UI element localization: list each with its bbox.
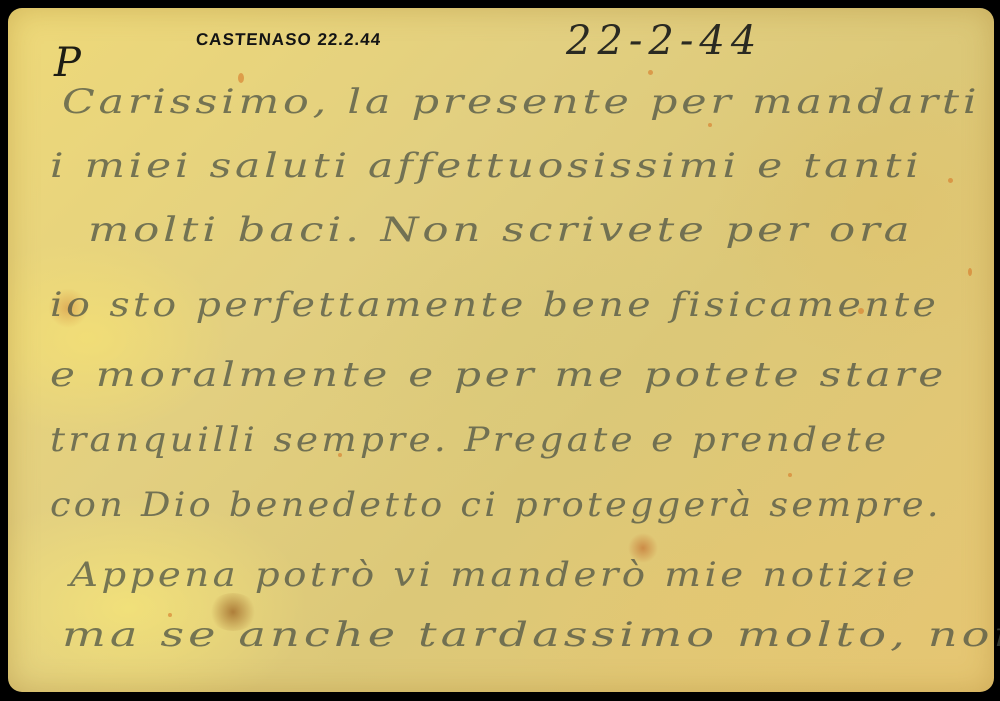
handwritten-line: molti baci. Non scrivete per ora xyxy=(88,210,913,250)
handwritten-line: tranquilli sempre. Pregate e prendete xyxy=(50,420,889,460)
handwritten-line: io sto perfettamente bene fisicamente xyxy=(50,285,939,325)
handwritten-line: con Dio benedetto ci proteggerà sempre. xyxy=(50,485,942,525)
handwritten-line: Carissimo, la presente per mandarti xyxy=(62,82,980,122)
margin-mark: P xyxy=(54,40,81,86)
handwritten-line: ma se anche tardassimo molto, non xyxy=(62,615,1000,655)
handwritten-line: i miei saluti affettuosissimi e tanti xyxy=(50,146,923,186)
handwritten-date: 22-2-44 xyxy=(566,18,762,64)
postmark-stamp: CASTENASO 22.2.44 xyxy=(195,30,382,50)
handwritten-line: e moralmente e per me potete stare xyxy=(50,355,947,395)
handwritten-line: Appena potrò vi manderò mie notizie xyxy=(70,555,918,595)
